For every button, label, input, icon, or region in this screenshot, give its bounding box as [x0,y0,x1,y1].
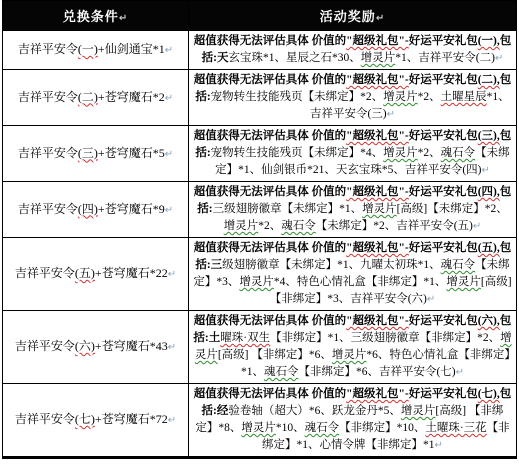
text-run: 吉祥平安令 [18,90,78,104]
condition-cell: 吉祥平安令(四)+苍穹魔石*9↵ [3,182,189,238]
reward-cell: 超值获得无法评估具体 价值的"超级礼包"-好运平安礼包(三),包括:宠物转生技能… [189,126,517,182]
reward-exchange-table: 兑换条件↵ 活动奖励↵ 吉祥平安令(一)+仙剑通宝*1↵超值获得无法评估具体 价… [2,0,517,459]
reward-cell: 超值获得无法评估具体 价值的"超级礼包"-好运平安礼包(四),包括:三级翅膀徽章… [189,182,517,238]
text-run: 超值获得无法评估具体 价值的 [194,186,346,198]
text-run: *2、 [258,220,281,232]
reward-cell: 超值获得无法评估具体 价值的"超级礼包"-好运平安礼包(七),包括:经验卷轴（超… [189,384,517,458]
text-run: (二), [478,74,500,86]
condition-cell: 吉祥平安令(六)+苍穹魔石*43↵ [3,311,189,384]
text-run: 增灵片 [224,220,259,232]
text-run: (七) [75,412,95,426]
text-run: 玄宝珠*1、星辰之石*30、 [229,52,361,64]
text-run: +苍穹魔石*72 [95,412,168,426]
text-run: "超级礼包"- [346,388,409,400]
table-header-row: 兑换条件↵ 活动奖励↵ [3,1,517,31]
paragraph-mark-icon: ↵ [435,440,443,451]
text-run: "超级礼包"- [346,186,409,198]
text-run: 魂石令 [441,259,476,271]
table-row: 吉祥平安令(四)+苍穹魔石*9↵超值获得无法评估具体 价值的"超级礼包"-好运平… [3,182,517,238]
text-run: (五), [478,242,500,254]
text-run: *2、 [418,91,441,103]
header-label: 兑换条件 [63,9,119,24]
paragraph-mark-icon: ↵ [482,165,490,176]
text-run: 好运平安礼包 [409,242,478,254]
text-run: 宠物转生技能残页【未绑定】*4、 [211,147,384,159]
text-run: 土曜星辰 [441,91,487,103]
text-run: +仙剑通宝*1 [98,42,165,56]
paragraph-mark-icon: ↵ [165,149,173,160]
text-run: (五) [75,266,95,280]
text-run: +苍穹魔石*22 [95,266,168,280]
text-run: 好运平安礼包 [409,315,478,327]
text-run: 超值获得无法评估具体 价值的 [194,74,346,86]
text-run: 吉祥平安令 [15,412,75,426]
condition-cell: 吉祥平安令(一)+仙剑通宝*1↵ [3,31,189,70]
paragraph-mark-icon: ↵ [427,294,435,305]
header-activity-rewards: 活动奖励↵ [189,1,517,31]
text-run: 增灵片 [446,276,481,288]
text-run: 【未绑定】*2、吉祥平安令(五) [316,220,473,232]
text-run: 好运平安礼包 [409,35,478,47]
text-run: [高级]【未绑定】*2、 [397,203,508,215]
paragraph-mark-icon: ↵ [165,205,173,216]
text-run: 魂石令 [264,366,299,378]
paragraph-mark-icon: ↵ [473,221,481,232]
table-row: 吉祥平安令(一)+仙剑通宝*1↵超值获得无法评估具体 价值的"超级礼包"-好运平… [3,31,517,70]
text-run: *4、特色心情礼盒【非绑定】*1、 [274,276,447,288]
text-run: 增灵片 [239,276,274,288]
paragraph-mark-icon: ↵ [168,415,176,426]
text-run: 吉祥平安令 [18,202,78,216]
text-run: 好运平安礼包 [409,74,478,86]
text-run: +苍穹魔石*9 [98,202,165,216]
text-run: +苍穹魔石*2 [98,90,165,104]
header-label: 活动奖励 [320,9,376,24]
text-run: (六), [478,315,500,327]
text-run: 增灵片 [401,405,436,417]
text-run: 增灵片 [241,422,276,434]
paragraph-mark-icon: ↵ [165,45,173,56]
text-run: "超级礼包"- [346,74,409,86]
text-run: (二) [78,90,98,104]
paragraph-mark-icon: ↵ [387,109,395,120]
text-run: 三级翅膀徽章【未绑定】*1、 [213,203,363,215]
text-run: 增灵片 [383,91,418,103]
header-exchange-conditions: 兑换条件↵ [3,1,189,31]
text-run: 增灵片 [362,203,397,215]
text-run: 增灵片 [332,349,367,361]
text-run: (三), [478,130,500,142]
text-run: 超值获得无法评估具体 价值的 [194,315,346,327]
text-run: (七), [478,388,500,400]
text-run: 好运平安礼包 [409,186,478,198]
reward-cell: 超值获得无法评估具体 价值的"超级礼包"-好运平安礼包(二),包括:宠物转生技能… [189,70,517,126]
text-run: 【非绑定】*10、 [339,422,425,434]
text-run: 增灵片 [361,52,396,64]
text-run: 级翅膀徽章【未绑定】*1、九曜太初珠*1、 [222,259,441,271]
paragraph-mark-icon: ↵ [495,53,503,64]
text-run: 吉祥平安令 [15,266,75,280]
text-run: 验卷轴（超大）*6、跃龙金丹*5、 [228,405,401,417]
table-row: 吉祥平安令(六)+苍穹魔石*43↵超值获得无法评估具体 价值的"超级礼包"-好运… [3,311,517,384]
document-page: 兑换条件↵ 活动奖励↵ 吉祥平安令(一)+仙剑通宝*1↵超值获得无法评估具体 价… [0,0,519,459]
text-run: (一), [478,35,500,47]
text-run: 超值获得无法评估具体 价值的 [194,388,346,400]
paragraph-mark-icon: ↵ [376,13,385,24]
text-run: 土曜珠·三花 [425,422,486,434]
text-run: +苍穹魔石*5 [98,146,165,160]
text-run: 吉祥平安令 [18,42,78,56]
text-run: 魂石令 [441,147,476,159]
text-run: 曜珠·双生 [220,332,270,344]
reward-cell: 超值获得无法评估具体 价值的"超级礼包"-好运平安礼包(一),包括:天玄宝珠*1… [189,31,517,70]
reward-cell: 超值获得无法评估具体 价值的"超级礼包"-好运平安礼包(五),包括:三级翅膀徽章… [189,238,517,311]
paragraph-mark-icon: ↵ [168,269,176,280]
text-run: (六) [75,339,95,353]
table-row: 吉祥平安令(七)+苍穹魔石*72↵超值获得无法评估具体 价值的"超级礼包"-好运… [3,384,517,458]
text-run: (三) [78,146,98,160]
text-run: 好运平安礼包 [409,130,478,142]
table-body: 吉祥平安令(一)+仙剑通宝*1↵超值获得无法评估具体 价值的"超级礼包"-好运平… [3,31,517,458]
text-run: 好运平安礼包 [409,388,478,400]
table-row: 吉祥平安令(五)+苍穹魔石*22↵超值获得无法评估具体 价值的"超级礼包"-好运… [3,238,517,311]
table-row: 吉祥平安令(二)+苍穹魔石*2↵超值获得无法评估具体 价值的"超级礼包"-好运平… [3,70,517,126]
text-run: (四), [478,186,500,198]
condition-cell: 吉祥平安令(七)+苍穹魔石*72↵ [3,384,189,458]
text-run: 魂石令 [305,422,340,434]
text-run: "超级礼包"- [346,242,409,254]
text-run: *2、 [418,147,441,159]
text-run: 宠物转生技能残页【未绑定】*2、 [211,91,384,103]
text-run: 吉祥平安令 [15,339,75,353]
text-run: *1、吉祥平安令(二) [395,52,495,64]
text-run: *10、 [276,422,305,434]
text-run: 【非绑定】*6、吉祥平安令(七) [298,366,455,378]
text-run: "超级礼包"- [346,130,409,142]
text-run: 超值获得无法评估具体 价值的 [194,242,346,254]
table-row: 吉祥平安令(三)+苍穹魔石*5↵超值获得无法评估具体 价值的"超级礼包"-好运平… [3,126,517,182]
text-run: 增灵片 [383,147,418,159]
text-run: "超级礼包"- [346,315,409,327]
text-run: (一) [78,42,98,56]
reward-cell: 超值获得无法评估具体 价值的"超级礼包"-好运平安礼包(六),包括:土曜珠·双生… [189,311,517,384]
text-run: 吉祥平安令 [18,146,78,160]
text-run: 超值获得无法评估具体 价值的 [194,35,346,47]
paragraph-mark-icon: ↵ [456,367,464,378]
text-run: 超值获得无法评估具体 价值的 [194,130,346,142]
text-run: "超级礼包"- [346,35,409,47]
text-run: 【非绑定】*1、三级翅膀徽章【非绑定】*2、 [270,332,500,344]
condition-cell: 吉祥平安令(二)+苍穹魔石*2↵ [3,70,189,126]
text-run: [高级] 【非绑定】*6、 [218,349,332,361]
text-run: (四) [78,202,98,216]
paragraph-mark-icon: ↵ [119,13,128,24]
paragraph-mark-icon: ↵ [168,342,176,353]
text-run: 魂石令 [281,220,316,232]
paragraph-mark-icon: ↵ [165,93,173,104]
condition-cell: 吉祥平安令(三)+苍穹魔石*5↵ [3,126,189,182]
text-run: +苍穹魔石*43 [95,339,168,353]
condition-cell: 吉祥平安令(五)+苍穹魔石*22↵ [3,238,189,311]
